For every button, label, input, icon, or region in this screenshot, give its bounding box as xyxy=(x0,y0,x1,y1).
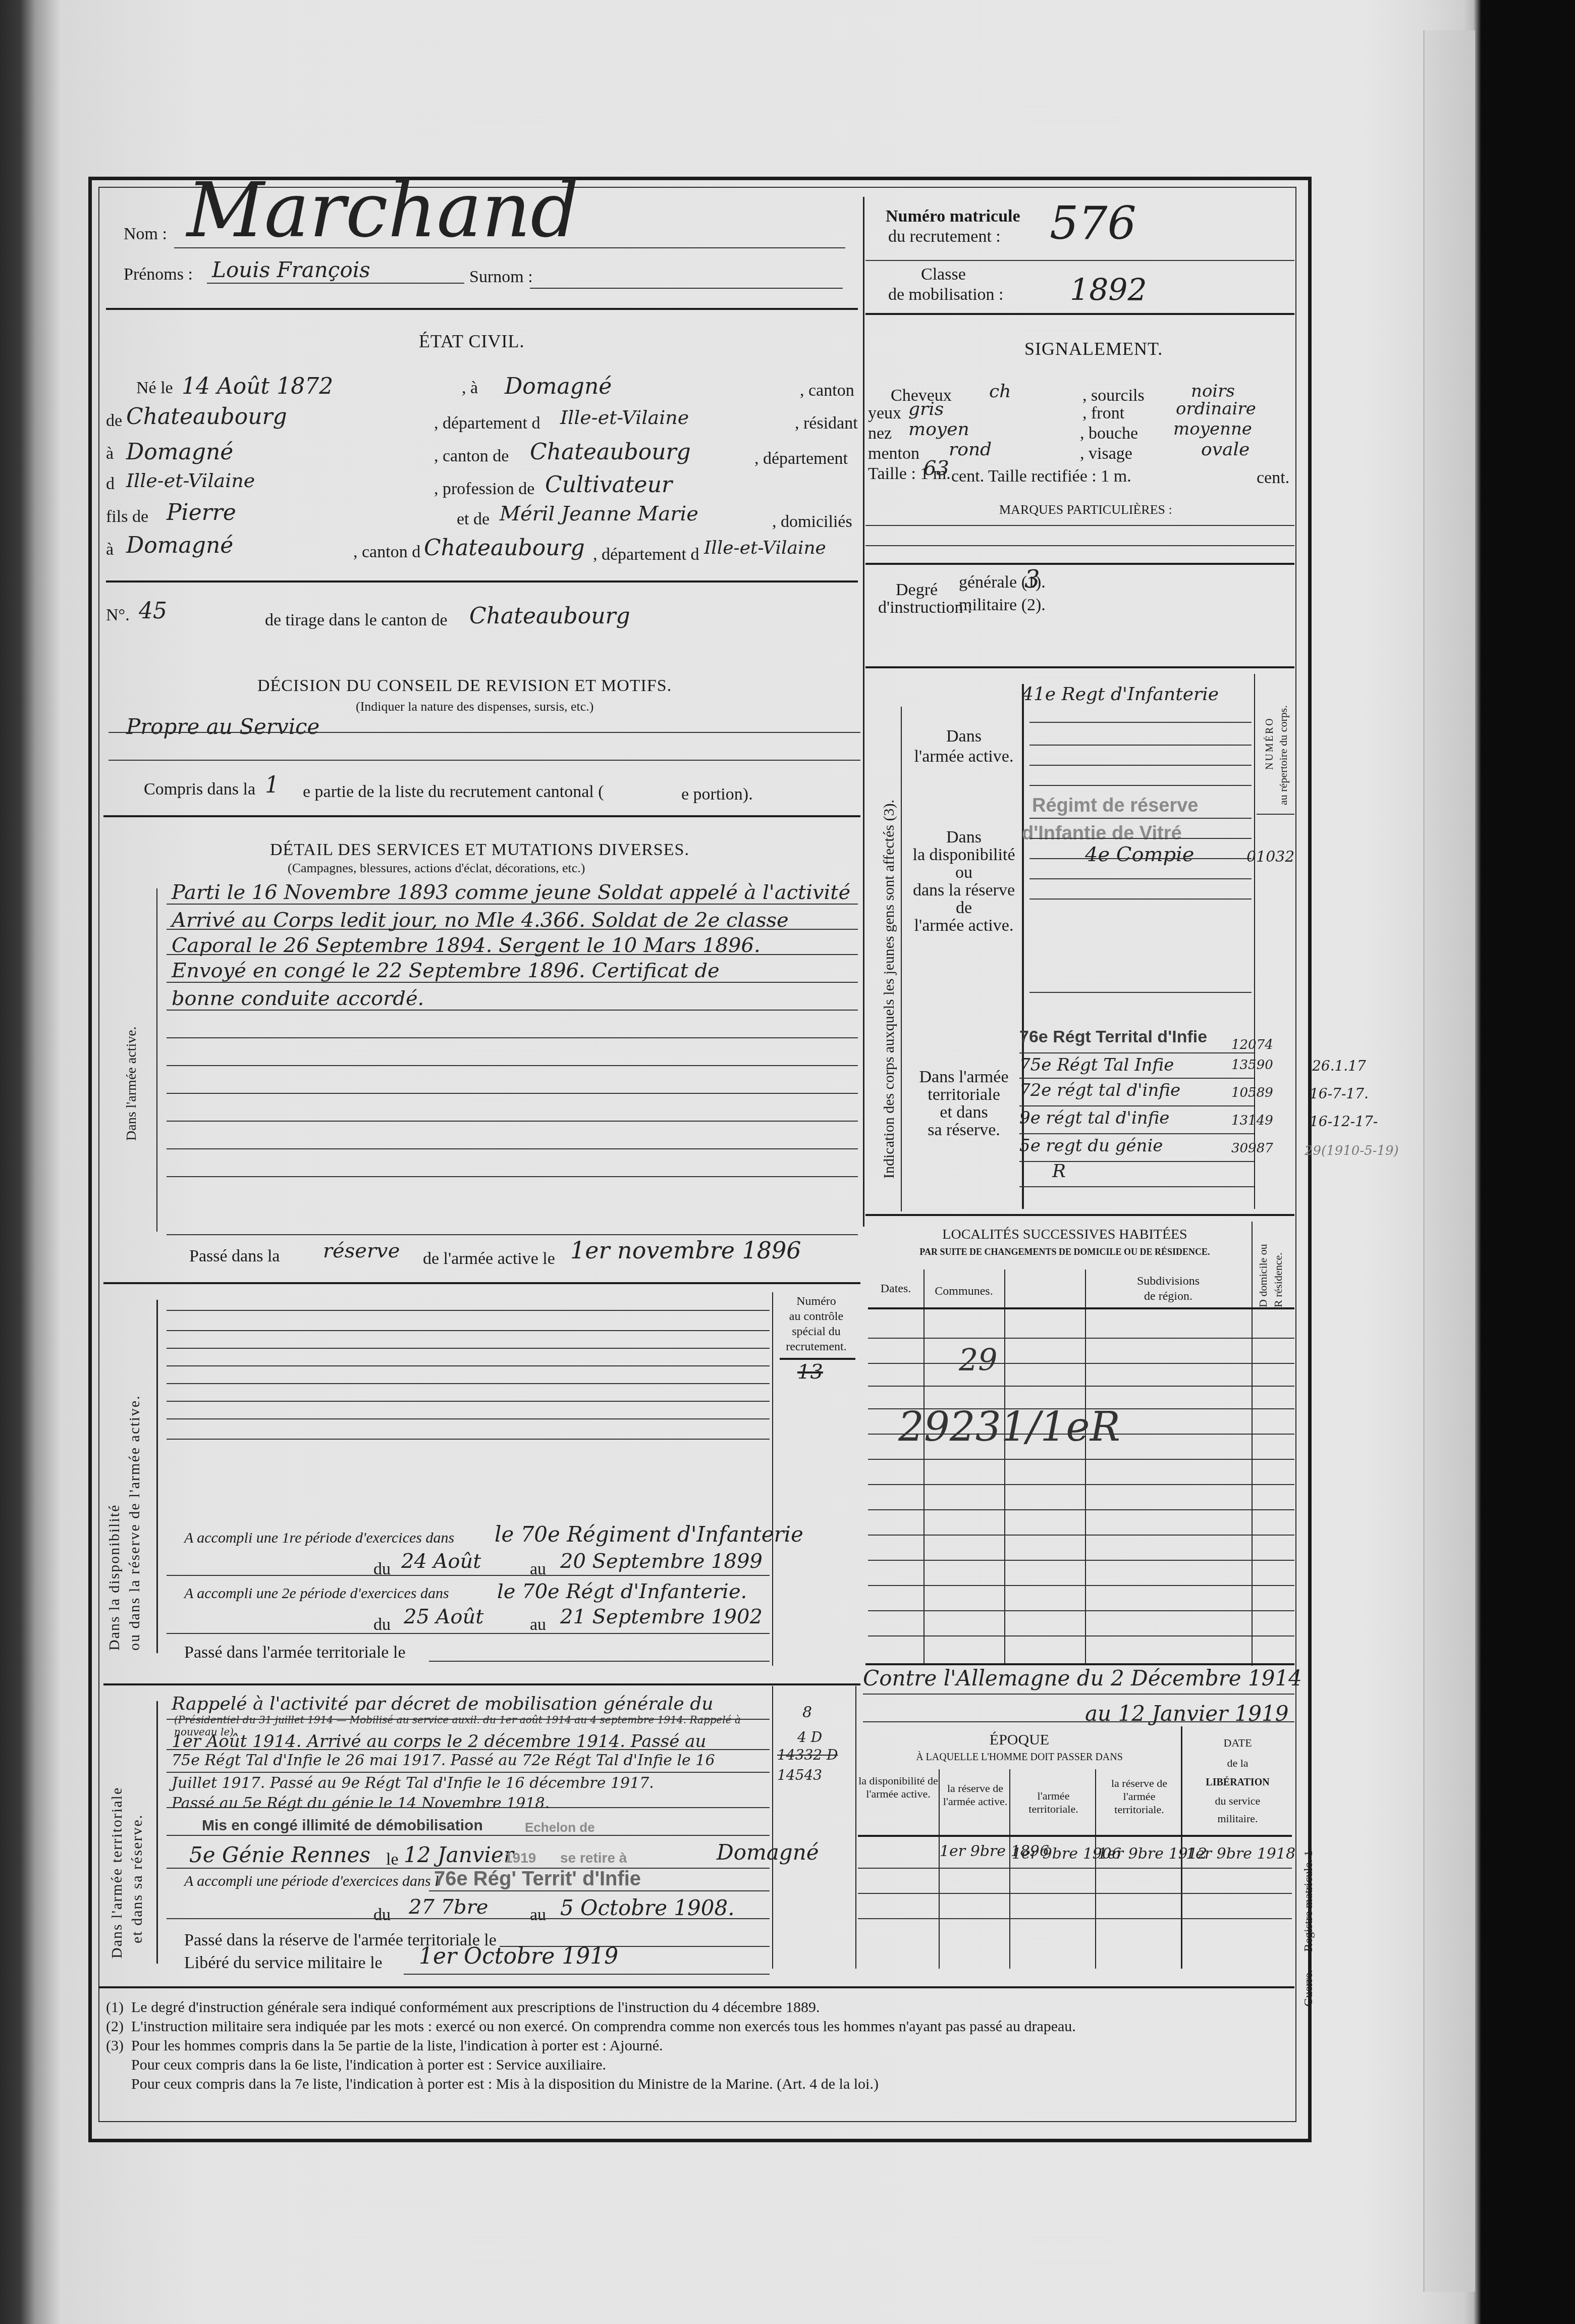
footnote-text: Pour les hommes compris dans la 5e parti… xyxy=(131,2037,663,2054)
profession-label: , profession de xyxy=(434,480,534,499)
rule xyxy=(167,1010,858,1011)
canton-de-label: , canton de xyxy=(434,447,509,466)
rule xyxy=(868,1363,1294,1364)
divider xyxy=(103,815,860,817)
visage-label: , visage xyxy=(1080,444,1132,463)
prenoms-line xyxy=(207,283,464,284)
rule xyxy=(404,1974,770,1975)
rule xyxy=(167,1383,770,1384)
rule xyxy=(1029,722,1252,723)
rule xyxy=(780,1358,855,1360)
liberation-label-5: militaire. xyxy=(1183,1812,1292,1825)
territoriale-extra: R xyxy=(1052,1161,1066,1182)
conge-year: 1919 xyxy=(505,1850,536,1866)
nez: moyen xyxy=(908,419,969,440)
numero-matricule-value: 576 xyxy=(1050,197,1136,250)
rule xyxy=(858,1835,1292,1837)
rule xyxy=(167,954,858,955)
residant-label: , résidant xyxy=(795,414,858,433)
tirage-label: de tirage dans le canton de xyxy=(265,611,448,630)
territoriale-number: 8 xyxy=(802,1704,812,1721)
section-reserve-label-2: ou dans la réserve de l'armée active. xyxy=(126,1395,143,1651)
rule xyxy=(865,545,1294,546)
controle-label-2: au contrôle xyxy=(775,1310,858,1324)
service-line: 75e Régt Tal d'Infie le 26 mai 1917. Pas… xyxy=(172,1752,715,1769)
decision-subtitle: (Indiquer la nature des dispenses, sursi… xyxy=(356,699,593,714)
rule xyxy=(1029,765,1252,766)
classe-label-2: de mobilisation : xyxy=(888,285,1004,304)
disponibilite-stamp: Régimt de réserve xyxy=(1032,795,1199,817)
disponibilite-label-3: ou xyxy=(908,863,1019,882)
echelon-stamp: Echelon de xyxy=(525,1820,595,1835)
col-dr-header-2: R résidence. xyxy=(1272,1252,1285,1307)
section-active-label: Dans l'armée active. xyxy=(124,1026,140,1141)
periode2-corps: le 70e Régt d'Infanterie. xyxy=(497,1580,747,1603)
conge-date-label: le xyxy=(386,1850,399,1869)
rule xyxy=(868,1459,1294,1460)
col-subdivisions-header-2: de région. xyxy=(1085,1290,1252,1303)
nez-label: nez xyxy=(868,424,892,443)
numero-repertoire-label-2: au répertoire du corps. xyxy=(1277,705,1290,805)
sourcils-label: , sourcils xyxy=(1082,386,1145,405)
rule xyxy=(167,1037,858,1038)
column-divider xyxy=(901,707,902,1211)
conge-corps: 5e Génie Rennes xyxy=(189,1842,370,1867)
prenoms-label: Prénoms : xyxy=(124,265,193,284)
column-divider xyxy=(772,1686,773,1969)
rule xyxy=(167,1121,858,1122)
rule xyxy=(868,1484,1294,1485)
column-divider xyxy=(1009,1769,1010,1969)
rule xyxy=(868,1386,1294,1387)
departement-residence: Ille-et-Vilaine xyxy=(126,469,255,492)
disponibilite-entry: 4e Compie xyxy=(1085,843,1194,866)
periode3-label: A accompli une période d'exercices dans … xyxy=(184,1873,439,1890)
col-dates-header: Dates. xyxy=(868,1282,924,1296)
cheveux: ch xyxy=(989,381,1011,402)
yeux: gris xyxy=(908,399,944,419)
rule xyxy=(167,1401,770,1402)
controle-label-4: recrutement. xyxy=(775,1340,858,1354)
rule xyxy=(167,929,858,930)
divider xyxy=(865,1663,1294,1665)
rule xyxy=(863,1694,1294,1695)
classe-value: 1892 xyxy=(1070,273,1147,308)
rule xyxy=(429,1890,770,1891)
canton-parents: Chateaubourg xyxy=(424,535,585,561)
column-divider xyxy=(855,1686,856,1969)
territoriale-label-4: sa réserve. xyxy=(908,1121,1019,1140)
territoriale-corps: 75e Régt Tal Infie xyxy=(1019,1055,1174,1075)
residence: Domagné xyxy=(126,439,233,465)
bouche-label: , bouche xyxy=(1080,424,1138,443)
col-dr-header: D domicile ou xyxy=(1257,1244,1270,1307)
etat-civil-title: ÉTAT CIVIL. xyxy=(419,331,524,352)
column-divider xyxy=(1252,1222,1253,1666)
rule xyxy=(1029,992,1252,993)
territoriale-label-3: et dans xyxy=(908,1103,1019,1122)
periode3-au: 5 Octobre 1908. xyxy=(560,1895,735,1920)
periode2-label: A accompli une 2e période d'exercices da… xyxy=(184,1585,449,1602)
rule xyxy=(868,1535,1294,1536)
rule xyxy=(167,1807,770,1808)
localites-annotation: 29 xyxy=(959,1343,997,1378)
rule xyxy=(1029,858,1252,859)
territoriale-numero: 10589 xyxy=(1231,1085,1273,1100)
classe-label: Classe xyxy=(921,265,966,284)
territoriale-numero: 13149 xyxy=(1231,1113,1273,1128)
decision-title: DÉCISION DU CONSEIL DE REVISION ET MOTIF… xyxy=(257,676,672,696)
date-naissance: 14 Août 1872 xyxy=(182,374,333,399)
footnote-text: Le degré d'instruction générale sera ind… xyxy=(131,1999,820,2016)
surnom-line xyxy=(530,288,843,289)
active-corps-entry: 41e Regt d'Infanterie xyxy=(1022,684,1219,705)
disponibilite-label-6: l'armée active. xyxy=(908,916,1019,935)
du-label: du xyxy=(373,1906,391,1925)
rule xyxy=(1029,818,1252,819)
rule xyxy=(167,1918,770,1919)
rule xyxy=(858,1868,1292,1869)
rule xyxy=(868,1635,1294,1636)
au-label: au xyxy=(530,1560,546,1579)
column-divider xyxy=(863,197,864,1227)
rule xyxy=(858,1893,1292,1894)
divider xyxy=(106,308,858,310)
localites-subtitle: PAR SUITE DE CHANGEMENTS DE DOMICILE OU … xyxy=(868,1247,1262,1257)
rule xyxy=(108,760,860,761)
periode1-corps: le 70e Régiment d'Infanterie xyxy=(495,1522,803,1547)
territoriale-label: Dans l'armée xyxy=(908,1068,1019,1087)
epoque-col-header: la réserve de l'armée active. xyxy=(941,1782,1009,1808)
tirage-no-label: N°. xyxy=(106,606,130,625)
territoriale-numero: 13590 xyxy=(1231,1058,1273,1073)
section-bracket xyxy=(156,1300,158,1653)
canton-label: , canton d xyxy=(353,543,420,562)
territoriale-date: 26.1.17 xyxy=(1312,1058,1366,1074)
profession: Cultivateur xyxy=(545,472,672,498)
marques-title: MARQUES PARTICULIÈRES : xyxy=(999,502,1172,517)
epoque-col-header: la réserve de l'armée territoriale. xyxy=(1098,1777,1181,1816)
rule xyxy=(1029,878,1252,879)
territoriale-corps: 5e regt du génie xyxy=(1019,1136,1163,1156)
rule xyxy=(865,525,1294,526)
service-line: Rappelé à l'activité par décret de mobil… xyxy=(172,1694,714,1714)
rule xyxy=(868,1338,1294,1339)
cent-label: cent. xyxy=(1257,468,1289,488)
rule xyxy=(167,1575,770,1576)
territoriale-number: 14332 D xyxy=(777,1747,838,1763)
canton-residence: Chateaubourg xyxy=(530,439,691,465)
localites-annotation-2: 29231/1eR xyxy=(898,1403,1120,1450)
passe-reserve-value: réserve xyxy=(323,1239,400,1262)
ne-le-label: Né le xyxy=(136,379,173,398)
disponibilite-numero: 01032 xyxy=(1246,848,1294,866)
visage: ovale xyxy=(1201,439,1250,460)
footnote-text: Pour ceux compris dans la 6e liste, l'in… xyxy=(131,2056,606,2074)
yeux-label: yeux xyxy=(868,404,901,423)
au-label: au xyxy=(530,1615,546,1634)
col-communes-header: Communes. xyxy=(924,1285,1004,1298)
rule xyxy=(863,1721,1294,1722)
periode3-du: 27 7bre xyxy=(409,1895,488,1919)
rule xyxy=(167,982,858,983)
liberation-label: DATE xyxy=(1183,1736,1292,1750)
epoque-title: ÉPOQUE xyxy=(858,1731,1181,1749)
periode2-au: 21 Septembre 1902 xyxy=(560,1605,763,1628)
partie-label: e partie de la liste du recrutement cant… xyxy=(303,782,604,802)
canton-label: , canton xyxy=(800,381,854,400)
a-label: à xyxy=(106,540,114,559)
rule xyxy=(1029,785,1252,786)
nom-label: Nom : xyxy=(124,225,167,244)
footnote-text: Pour ceux compris dans la 7e liste, l'in… xyxy=(131,2076,879,2093)
divider xyxy=(865,666,1294,668)
corps-side-label: Indication des corps auxquels les jeunes… xyxy=(881,800,898,1179)
signalement-title: SIGNALEMENT. xyxy=(1024,338,1163,359)
campagne-line: Contre l'Allemagne du 2 Décembre 1914 xyxy=(863,1666,1302,1691)
section-reserve-label: Dans la disponibilité xyxy=(106,1504,123,1651)
rule xyxy=(167,1365,770,1366)
portion-label: e portion). xyxy=(681,785,753,804)
rule xyxy=(167,1176,858,1177)
divider xyxy=(106,580,858,583)
periode1-au: 20 Septembre 1899 xyxy=(560,1550,763,1573)
col-subdivisions-header: Subdivisions xyxy=(1085,1275,1252,1288)
cent-label: cent. Taille rectifiée : 1 m. xyxy=(951,467,1131,486)
localites-title: LOCALITÉS SUCCESSIVES HABITÉES xyxy=(868,1227,1262,1243)
column-divider xyxy=(1004,1270,1005,1663)
epoque-subtitle: À LAQUELLE L'HOMME DOIT PASSER DANS xyxy=(858,1752,1181,1763)
passe-reserve-date: 1er novembre 1896 xyxy=(570,1237,801,1264)
territoriale-numero: 12074 xyxy=(1231,1037,1273,1052)
service-line: bonne conduite accordé. xyxy=(172,987,424,1010)
rule xyxy=(167,1719,770,1720)
periode1-du: 24 Août xyxy=(401,1550,481,1573)
instruction-militaire-label: militaire (2). xyxy=(959,596,1046,615)
rule xyxy=(1257,814,1294,815)
liberation-value: 1er 9bre 1918 xyxy=(1186,1845,1295,1863)
partie-value: 1 xyxy=(265,772,279,798)
departement-label: , département xyxy=(754,449,848,468)
passe-reserve-label: Passé dans la xyxy=(189,1247,280,1266)
departement-label: , département d xyxy=(593,545,699,564)
divider xyxy=(865,313,1294,315)
territoriale-numero: 30987 xyxy=(1231,1141,1273,1156)
services-subtitle: (Campagnes, blessures, actions d'éclat, … xyxy=(288,861,585,876)
rule xyxy=(167,1330,770,1331)
numero-matricule-label: Numéro matricule xyxy=(886,207,1020,226)
territoriale-corps: 76e Régt Territal d'Infie xyxy=(1019,1027,1207,1047)
departement-parents: Ille-et-Vilaine xyxy=(704,538,826,558)
rule xyxy=(167,1772,770,1773)
territoriale-corps: 9e régt tal d'infie xyxy=(1019,1108,1169,1128)
divider xyxy=(865,1214,1294,1216)
rule xyxy=(868,1610,1294,1611)
front-label: , front xyxy=(1082,404,1124,423)
surnom-label: Surnom : xyxy=(469,268,533,287)
active-label-2: l'armée active. xyxy=(908,747,1019,766)
service-line: Parti le 16 Novembre 1893 comme jeune So… xyxy=(172,881,850,904)
controle-label-3: spécial du xyxy=(775,1325,858,1339)
nom-value: Marchand xyxy=(187,167,579,254)
rule xyxy=(167,1633,770,1634)
territoriale-date: 16-7-17. xyxy=(1310,1085,1369,1102)
departement-naissance: Ille-et-Vilaine xyxy=(560,406,689,429)
domicilies-label: , domiciliés xyxy=(772,512,852,532)
rule xyxy=(868,1560,1294,1561)
rule xyxy=(868,1585,1294,1586)
territoriale-number: 4 D xyxy=(797,1729,822,1746)
tirage-no: 45 xyxy=(139,598,167,624)
rule xyxy=(868,1307,1294,1309)
rule xyxy=(167,1439,770,1440)
rule xyxy=(1019,1133,1254,1134)
du-label: du xyxy=(373,1615,391,1634)
section-territoriale-label: Dans l'armée territoriale xyxy=(108,1787,126,1959)
divider xyxy=(103,1282,860,1284)
pere: Pierre xyxy=(167,500,236,525)
rule xyxy=(1019,1052,1254,1053)
controle-value: 13 xyxy=(797,1360,823,1384)
taille-cm: 63 xyxy=(924,457,949,480)
liberation-label-3: LIBÉRATION xyxy=(1183,1777,1292,1788)
instruction-generale-value: 3 xyxy=(1024,565,1040,594)
numero-matricule-label-2: du recrutement : xyxy=(888,227,1001,246)
front: ordinaire xyxy=(1176,399,1256,419)
bouche: moyenne xyxy=(1173,419,1252,439)
footnote-text: L'instruction militaire sera indiquée pa… xyxy=(131,2018,1076,2035)
a-label: à xyxy=(106,444,114,463)
service-line: Juillet 1917. Passé au 9e Régt Tal d'Inf… xyxy=(172,1774,654,1792)
page-edge xyxy=(1423,30,1475,2292)
d-label: d xyxy=(106,474,115,494)
departement-label: , département d xyxy=(434,414,540,433)
prenoms-value: Louis François xyxy=(212,257,370,282)
degre-label: Degré xyxy=(896,580,938,600)
controle-label: Numéro xyxy=(775,1295,858,1308)
rule xyxy=(1019,1105,1254,1106)
rule xyxy=(167,1835,770,1836)
services-title: DÉTAIL DES SERVICES ET MUTATIONS DIVERSE… xyxy=(270,840,689,860)
column-divider xyxy=(1095,1769,1096,1969)
epoque-col-header: la disponibilité de l'armée active. xyxy=(858,1774,939,1801)
de-label: de xyxy=(106,411,122,431)
et-de-label: et de xyxy=(457,510,490,529)
column-divider xyxy=(924,1270,925,1663)
lieu-naissance: Domagné xyxy=(505,374,612,399)
section-territoriale-label-2: et dans sa réserve. xyxy=(129,1814,146,1943)
rule xyxy=(1019,1078,1254,1079)
disponibilite-label: Dans xyxy=(908,828,1019,847)
section-bracket xyxy=(156,1701,158,1964)
retire-lieu: Domagné xyxy=(717,1840,819,1865)
rule xyxy=(167,1348,770,1349)
periode3-corps: 76e Rég' Territ' d'Infie xyxy=(434,1868,641,1890)
footnote-num: (2) xyxy=(106,2018,124,2035)
column-divider xyxy=(1254,674,1255,1209)
passe-reserve-label-2: de l'armée active le xyxy=(423,1249,555,1269)
periode2-du: 25 Août xyxy=(404,1605,483,1628)
au-label: au xyxy=(530,1906,546,1925)
rule xyxy=(167,904,858,905)
periode1-label: A accompli une 1re période d'exercices d… xyxy=(184,1529,454,1547)
territoriale-label-2: territoriale xyxy=(908,1085,1019,1104)
du-label: du xyxy=(373,1560,391,1579)
a-label: , à xyxy=(462,379,478,398)
disponibilite-stamp-2: d'Infantie de Vitré xyxy=(1022,823,1182,844)
registre-margin-label: Guerre. — Registre matricule. 1 xyxy=(1302,1851,1316,2006)
passe-territoriale-label: Passé dans l'armée territoriale le xyxy=(184,1643,406,1662)
menton-label: menton xyxy=(868,444,919,463)
menton: rond xyxy=(949,439,992,460)
column-divider xyxy=(939,1769,940,1969)
active-label: Dans xyxy=(908,727,1019,746)
domicile-parents: Domagné xyxy=(126,533,233,558)
retire-label: se retire à xyxy=(560,1850,627,1866)
canton-naissance: Chateaubourg xyxy=(126,404,287,430)
rule xyxy=(167,1418,770,1419)
disponibilite-label-4: dans la réserve xyxy=(908,881,1019,900)
conge-date: 12 Janvier xyxy=(404,1842,514,1867)
disponibilite-label-5: de xyxy=(908,899,1019,918)
rule xyxy=(858,1918,1292,1919)
rule xyxy=(167,1234,858,1235)
liberation-label-2: de la xyxy=(1183,1757,1292,1770)
section-bracket xyxy=(156,888,157,1232)
rule xyxy=(167,1749,770,1750)
compris-label: Compris dans la xyxy=(144,780,255,799)
service-line: Passé au 5e Régt du génie le 14 Novembre… xyxy=(172,1794,550,1812)
divider xyxy=(98,1986,1294,1988)
rule xyxy=(1019,1186,1254,1187)
service-line: Envoyé en congé le 22 Septembre 1896. Ce… xyxy=(172,959,720,982)
rule xyxy=(868,1509,1294,1510)
territoriale-corps: 72e régt tal d'infie xyxy=(1019,1080,1180,1100)
bracket-divider xyxy=(1022,684,1024,1209)
libere-label: Libéré du service militaire le xyxy=(184,1953,383,1973)
column-divider xyxy=(1085,1270,1086,1663)
decision-value: Propre au Service xyxy=(126,714,319,739)
divider xyxy=(103,1683,860,1685)
divider xyxy=(865,260,1294,261)
rule xyxy=(1029,838,1252,839)
rule xyxy=(429,1661,770,1662)
libere-date: 1er Octobre 1919 xyxy=(419,1943,618,1969)
rule xyxy=(167,1065,858,1066)
fils-de-label: fils de xyxy=(106,507,148,526)
degre-label-2: d'instruction : xyxy=(878,598,972,617)
sourcils: noirs xyxy=(1191,381,1235,401)
epoque-col-header: l'armée territoriale. xyxy=(1012,1789,1095,1816)
rule xyxy=(1029,745,1252,746)
divider xyxy=(865,563,1294,565)
territoriale-date: 16-12-17- xyxy=(1310,1113,1378,1130)
mere: Méril Jeanne Marie xyxy=(500,502,698,525)
tirage-canton: Chateaubourg xyxy=(469,603,630,629)
rule xyxy=(167,1093,858,1094)
rule xyxy=(1029,899,1252,900)
rule xyxy=(167,1310,770,1311)
rule xyxy=(167,1148,858,1149)
footnote-num: (1) xyxy=(106,1999,124,2016)
footnote-num: (3) xyxy=(106,2037,124,2054)
column-divider xyxy=(772,1292,773,1666)
rule xyxy=(108,732,860,733)
territoriale-number: 14543 xyxy=(777,1767,822,1783)
liberation-label-4: du service xyxy=(1183,1794,1292,1808)
conge-stamp: Mis en congé illimité de démobilisation xyxy=(202,1817,483,1834)
service-line: 1er Août 1914. Arrivé au corps le 2 déce… xyxy=(172,1731,706,1752)
